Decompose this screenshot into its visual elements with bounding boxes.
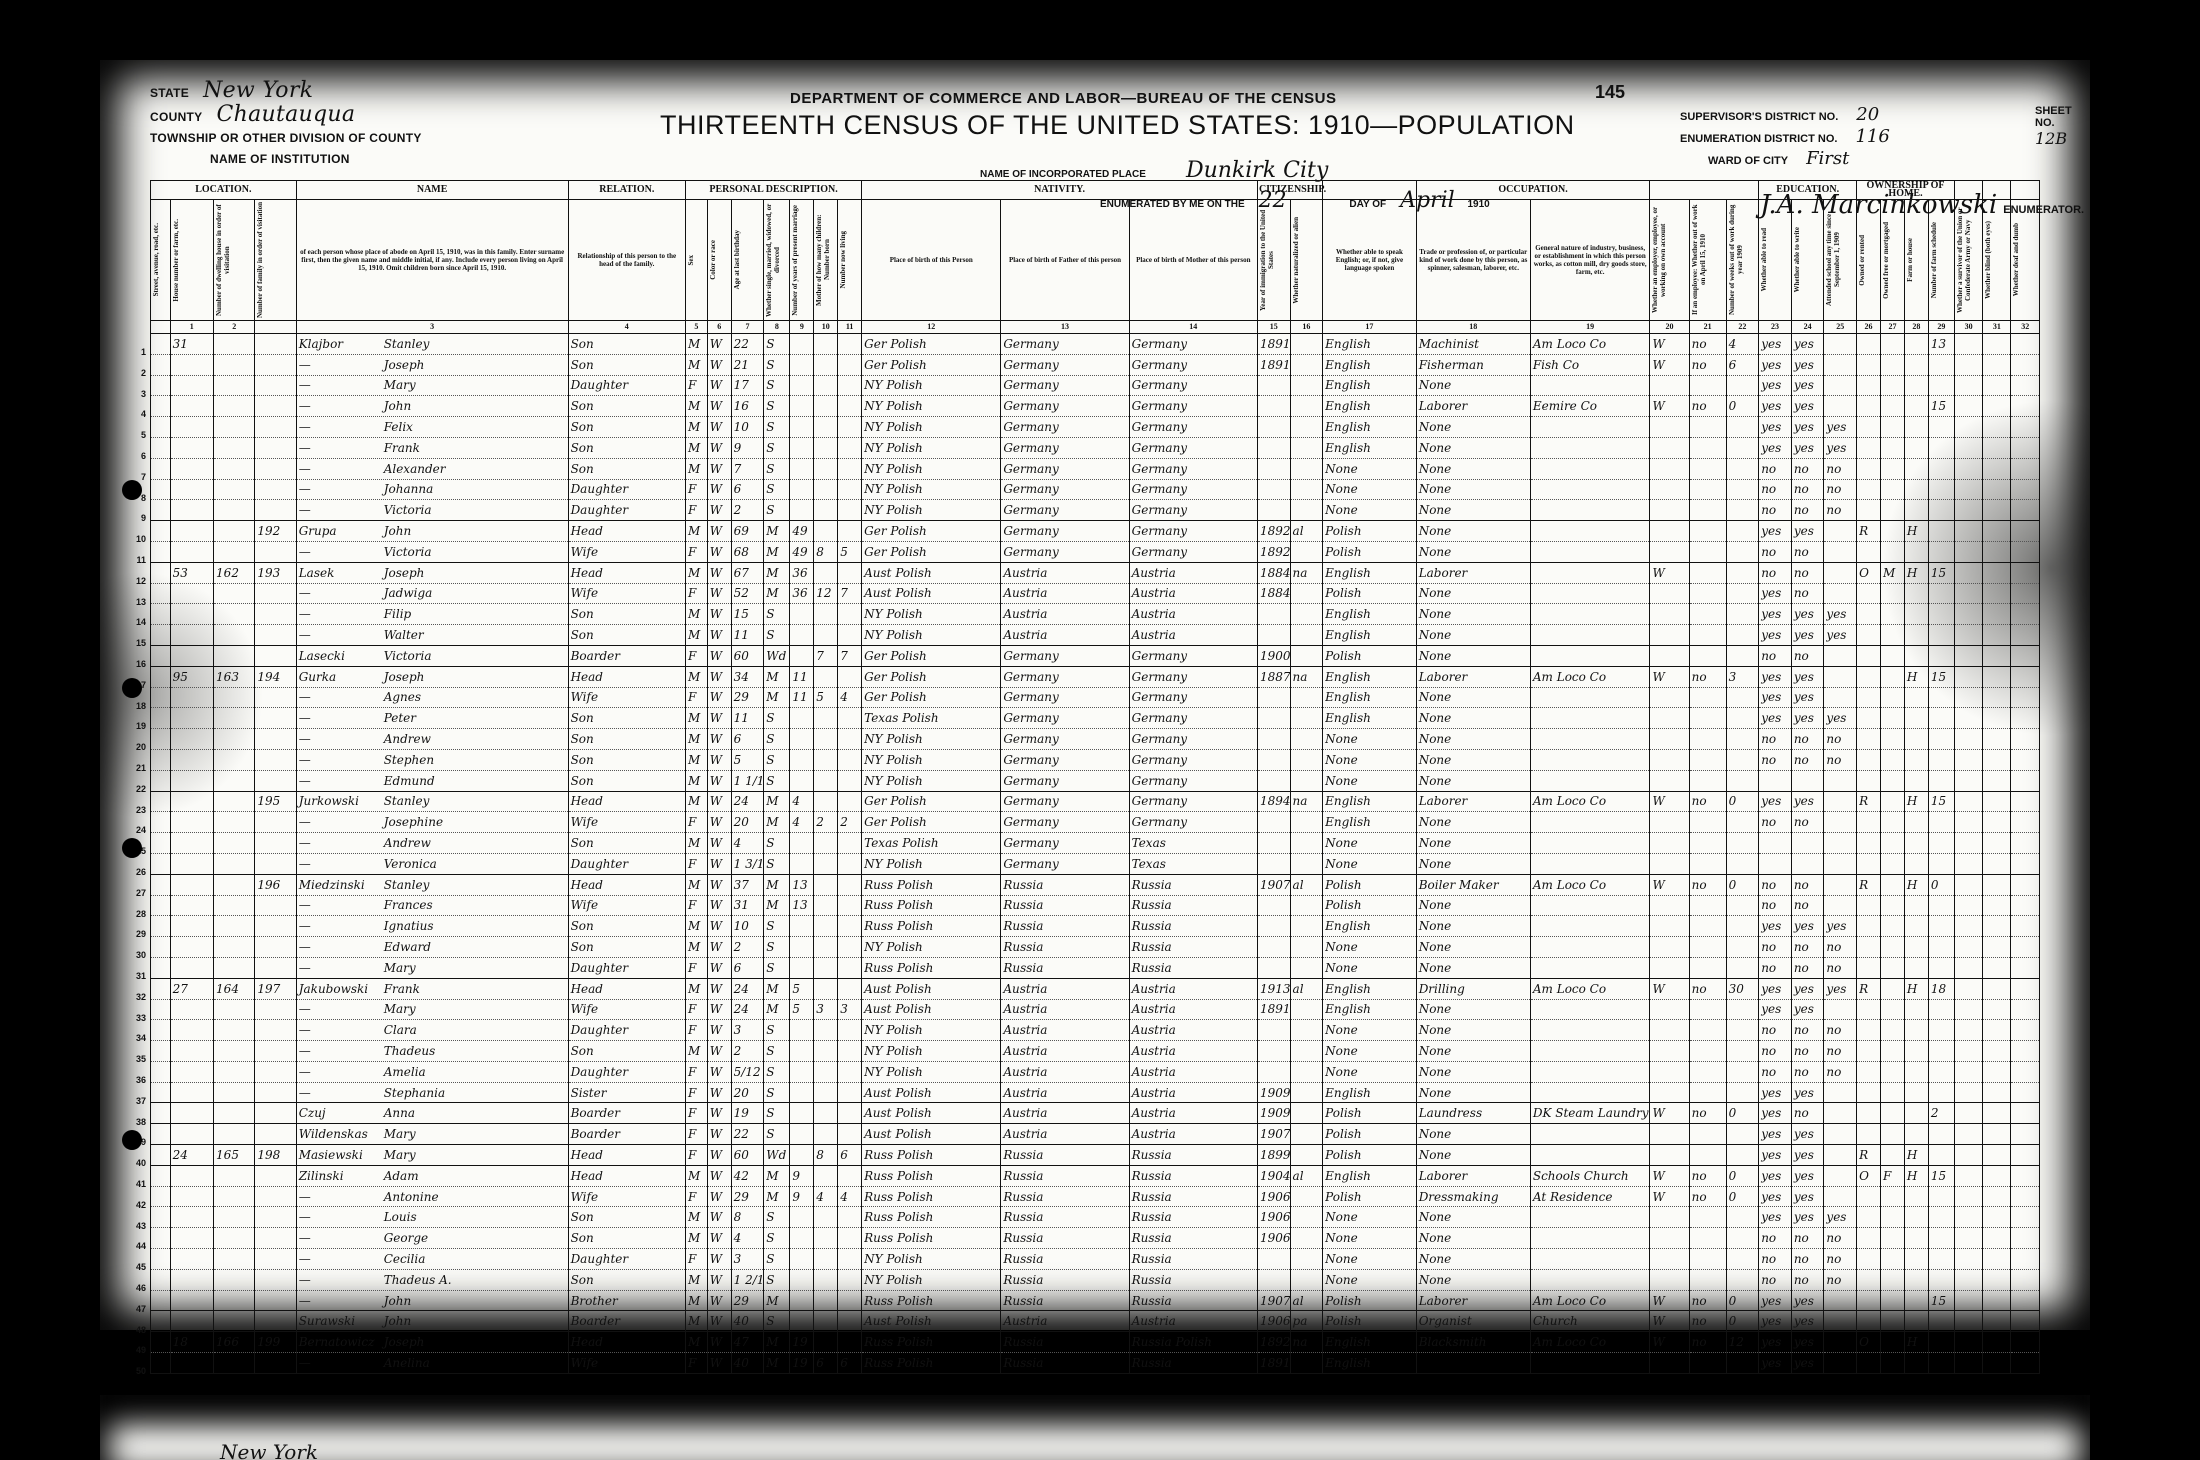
cell-living: 5	[838, 541, 862, 562]
cell-birth: Russ Polish	[862, 957, 1001, 978]
cell-years-married	[790, 437, 814, 458]
cell-mother-birth: Germany	[1129, 375, 1257, 396]
cell-street	[151, 500, 171, 521]
cell-language: English	[1323, 437, 1417, 458]
group-personal-description: PERSONAL DESCRIPTION.	[686, 181, 862, 200]
cell-trade: None	[1416, 1020, 1530, 1041]
cell-sched	[1928, 1082, 1954, 1103]
cell-house	[170, 708, 213, 729]
cell-empty	[2011, 479, 2040, 500]
cell-living	[838, 562, 862, 583]
cell-immig	[1257, 604, 1290, 625]
cell-out-work	[1689, 937, 1726, 958]
cell-empty	[1983, 999, 2011, 1020]
cell-race: W	[707, 1124, 731, 1145]
cell-empty	[2011, 916, 2040, 937]
cell-empty	[1983, 770, 2011, 791]
cell-relation: Head	[568, 562, 685, 583]
cell-write: no	[1791, 749, 1824, 770]
cell-birth: NY Polish	[862, 396, 1001, 417]
cell-dwelling	[214, 895, 255, 916]
cell-immig	[1257, 1041, 1290, 1062]
cell-relation: Son	[568, 437, 685, 458]
cell-free	[1881, 1041, 1905, 1062]
cell-marital: S	[764, 417, 790, 438]
cell-nat	[1290, 1353, 1323, 1374]
cell-years-married: 11	[790, 666, 814, 687]
cell-immig	[1257, 687, 1290, 708]
cell-weeks	[1726, 812, 1759, 833]
cell-birth: NY Polish	[862, 625, 1001, 646]
cell-immig: 1884	[1257, 562, 1290, 583]
cell-born: 12	[814, 583, 838, 604]
cell-own	[1857, 1228, 1881, 1249]
cell-farm: H	[1904, 1145, 1928, 1166]
cell-marital: M	[764, 583, 790, 604]
given-name: Andrew	[384, 836, 431, 850]
cell-read: no	[1759, 1061, 1792, 1082]
cell-language: None	[1323, 833, 1417, 854]
cell-birth: Ger Polish	[862, 354, 1001, 375]
cell-family	[255, 1041, 296, 1062]
cell-farm: H	[1904, 1165, 1928, 1186]
cell-name: —Filip	[296, 604, 568, 625]
cell-emp: W	[1650, 666, 1689, 687]
cell-language: None	[1323, 749, 1417, 770]
cell-free	[1881, 978, 1905, 999]
cell-empty	[1954, 521, 1982, 542]
cell-language: English	[1323, 708, 1417, 729]
cell-free	[1881, 957, 1905, 978]
cell-empty	[1954, 417, 1982, 438]
cell-marital: S	[764, 458, 790, 479]
cell-mother-birth: Germany	[1129, 812, 1257, 833]
cell-relation: Daughter	[568, 957, 685, 978]
cell-marital: S	[764, 770, 790, 791]
group-ownership: OWNERSHIP OF HOME.	[1857, 181, 1955, 200]
cell-out-work	[1689, 645, 1726, 666]
table-row: —JohnSonMW16SNY PolishGermanyGermanyEngl…	[151, 396, 2040, 417]
cell-emp	[1650, 729, 1689, 750]
cell-relation: Daughter	[568, 1020, 685, 1041]
cell-years-married: 4	[790, 791, 814, 812]
cell-years-married: 9	[790, 1165, 814, 1186]
col-school: Attended school any time since September…	[1824, 200, 1857, 321]
line-number: 43	[100, 1221, 146, 1231]
census-rows: 31KlajborStanleySonMW22SGer PolishGerman…	[151, 334, 2040, 1374]
surname: Surawski	[299, 1314, 384, 1328]
cell-dwelling	[214, 1082, 255, 1103]
cell-age: 20	[731, 812, 764, 833]
cell-mother-birth: Russia	[1129, 937, 1257, 958]
cell-out-work	[1689, 1207, 1726, 1228]
cell-years-married	[790, 853, 814, 874]
cell-mother-birth: Germany	[1129, 500, 1257, 521]
cell-living: 2	[838, 812, 862, 833]
cell-trade: None	[1416, 1082, 1530, 1103]
cell-industry: Am Loco Co	[1530, 1290, 1650, 1311]
cell-read: yes	[1759, 666, 1792, 687]
cell-weeks	[1726, 625, 1759, 646]
cell-dwelling	[214, 396, 255, 417]
cell-emp	[1650, 583, 1689, 604]
cell-mother-birth: Germany	[1129, 666, 1257, 687]
cell-free	[1881, 1353, 1905, 1374]
cell-empty	[2011, 895, 2040, 916]
cell-write: yes	[1791, 791, 1824, 812]
cell-age: 5/12	[731, 1061, 764, 1082]
cell-nat	[1290, 1041, 1323, 1062]
cell-empty	[1954, 1353, 1982, 1374]
cell-dwelling	[214, 1311, 255, 1332]
cell-father-birth: Russia	[1001, 895, 1129, 916]
cell-language: English	[1323, 375, 1417, 396]
cell-living	[838, 1082, 862, 1103]
cell-nat	[1290, 1020, 1323, 1041]
cell-marital: S	[764, 479, 790, 500]
cell-relation: Head	[568, 521, 685, 542]
cell-living	[838, 853, 862, 874]
cell-family	[255, 354, 296, 375]
cell-sched	[1928, 1353, 1954, 1374]
cell-dwelling	[214, 375, 255, 396]
cell-emp	[1650, 1041, 1689, 1062]
cell-read	[1759, 853, 1792, 874]
cell-write	[1791, 853, 1824, 874]
cell-birth: Russ Polish	[862, 1186, 1001, 1207]
cell-family	[255, 1207, 296, 1228]
cell-born	[814, 833, 838, 854]
cell-weeks	[1726, 729, 1759, 750]
cell-age: 40	[731, 1311, 764, 1332]
cell-farm	[1904, 479, 1928, 500]
cell-weeks	[1726, 770, 1759, 791]
cell-marital: S	[764, 833, 790, 854]
cell-house	[170, 583, 213, 604]
cell-language: Polish	[1323, 1145, 1417, 1166]
cell-empty	[2011, 645, 2040, 666]
cell-write: yes	[1791, 417, 1824, 438]
cell-write: yes	[1791, 521, 1824, 542]
cell-living	[838, 1041, 862, 1062]
surname: Czuj	[299, 1106, 384, 1120]
cell-birth: NY Polish	[862, 417, 1001, 438]
cell-relation: Son	[568, 354, 685, 375]
cell-relation: Son	[568, 937, 685, 958]
line-number: 7	[100, 472, 146, 482]
cell-marital: S	[764, 853, 790, 874]
cell-name: —Louis	[296, 1207, 568, 1228]
table-row: SurawskiJohnBoarderMW40SAust PolishAustr…	[151, 1311, 2040, 1332]
cell-years-married	[790, 1228, 814, 1249]
census-sheet: STATENew York COUNTYChautauqua TOWNSHIP …	[100, 60, 2090, 1330]
cell-empty	[1983, 541, 2011, 562]
cell-race: W	[707, 583, 731, 604]
cell-name: —Andrew	[296, 833, 568, 854]
surname: —	[299, 1356, 384, 1370]
cell-industry	[1530, 1020, 1650, 1041]
cell-trade: Drilling	[1416, 978, 1530, 999]
cell-sched: 15	[1928, 1290, 1954, 1311]
supervisor-value: 20	[1856, 104, 1879, 125]
cell-language: English	[1323, 562, 1417, 583]
cell-immig	[1257, 708, 1290, 729]
cell-marital: M	[764, 1332, 790, 1353]
cell-living	[838, 1103, 862, 1124]
cell-read: yes	[1759, 1311, 1792, 1332]
cell-mother-birth: Russia	[1129, 1186, 1257, 1207]
cell-weeks	[1726, 1145, 1759, 1166]
cell-house	[170, 957, 213, 978]
cell-sched	[1928, 521, 1954, 542]
cell-write	[1791, 770, 1824, 791]
cell-street	[151, 833, 171, 854]
cell-family	[255, 1311, 296, 1332]
cell-weeks: 12	[1726, 1332, 1759, 1353]
line-number: 36	[100, 1075, 146, 1085]
cell-birth: NY Polish	[862, 1041, 1001, 1062]
cell-nat	[1290, 937, 1323, 958]
cell-trade: Laborer	[1416, 666, 1530, 687]
township-label: TOWNSHIP OR OTHER DIVISION OF COUNTY	[150, 128, 422, 149]
cell-school: no	[1824, 479, 1857, 500]
cell-out-work: no	[1689, 1311, 1726, 1332]
cell-out-work: no	[1689, 791, 1726, 812]
cell-sex: F	[686, 1020, 708, 1041]
cell-write: no	[1791, 583, 1824, 604]
cell-language: None	[1323, 500, 1417, 521]
cell-street	[151, 562, 171, 583]
col-children-living: Number now living	[838, 200, 862, 321]
cell-read: no	[1759, 1269, 1792, 1290]
cell-sched: 2	[1928, 1103, 1954, 1124]
cell-born	[814, 375, 838, 396]
surname: —	[299, 1065, 384, 1079]
cell-years-married	[790, 1124, 814, 1145]
cell-father-birth: Austria	[1001, 625, 1129, 646]
cell-industry	[1530, 916, 1650, 937]
cell-emp: W	[1650, 791, 1689, 812]
cell-years-married: 36	[790, 583, 814, 604]
cell-living	[838, 479, 862, 500]
cell-marital: S	[764, 1269, 790, 1290]
cell-trade: None	[1416, 1249, 1530, 1270]
cell-empty	[1954, 833, 1982, 854]
surname: Klajbor	[299, 337, 384, 351]
cell-sex: F	[686, 1145, 708, 1166]
cell-farm	[1904, 999, 1928, 1020]
line-number: 50	[100, 1366, 146, 1376]
given-name: Amelia	[384, 1065, 426, 1079]
cell-read	[1759, 833, 1792, 854]
col-children-born: Mother of how many children: Number born	[814, 200, 838, 321]
col-survivor: Whether a survivor of the Union or Confe…	[1954, 200, 1982, 321]
cell-street	[151, 916, 171, 937]
cell-name: —Edward	[296, 937, 568, 958]
cell-born	[814, 895, 838, 916]
cell-father-birth: Germany	[1001, 770, 1129, 791]
cell-family: 196	[255, 874, 296, 895]
cell-immig: 1900	[1257, 645, 1290, 666]
cell-immig: 1907	[1257, 1124, 1290, 1145]
binder-hole	[122, 678, 142, 698]
cell-empty	[1983, 791, 2011, 812]
cell-mother-birth: Germany	[1129, 437, 1257, 458]
cell-relation: Son	[568, 334, 685, 355]
cell-dwelling	[214, 1228, 255, 1249]
cell-living: 4	[838, 1186, 862, 1207]
cell-house	[170, 437, 213, 458]
column-number: 22	[1726, 321, 1759, 334]
cell-race: W	[707, 479, 731, 500]
cell-nat: na	[1290, 562, 1323, 583]
cell-years-married	[790, 396, 814, 417]
cell-industry: Eemire Co	[1530, 396, 1650, 417]
cell-age: 5	[731, 749, 764, 770]
cell-emp	[1650, 437, 1689, 458]
cell-out-work	[1689, 957, 1726, 978]
cell-own	[1857, 354, 1881, 375]
cell-weeks: 0	[1726, 874, 1759, 895]
cell-age: 67	[731, 562, 764, 583]
cell-out-work	[1689, 833, 1726, 854]
cell-write: yes	[1791, 396, 1824, 417]
cell-sched	[1928, 812, 1954, 833]
cell-empty	[2011, 334, 2040, 355]
cell-mother-birth: Russia	[1129, 874, 1257, 895]
given-name: Stanley	[384, 337, 430, 351]
cell-mother-birth: Austria	[1129, 1124, 1257, 1145]
cell-sex: M	[686, 1228, 708, 1249]
cell-free	[1881, 1228, 1905, 1249]
cell-street	[151, 458, 171, 479]
cell-own: O	[1857, 1332, 1881, 1353]
cell-trade: None	[1416, 1124, 1530, 1145]
cell-nat	[1290, 729, 1323, 750]
cell-language: None	[1323, 770, 1417, 791]
surname: —	[299, 1231, 384, 1245]
cell-school	[1824, 812, 1857, 833]
table-row: —CeciliaDaughterFW3SNY PolishRussiaRussi…	[151, 1249, 2040, 1270]
cell-name: —Antonine	[296, 1186, 568, 1207]
cell-mother-birth: Germany	[1129, 521, 1257, 542]
line-number: 9	[100, 513, 146, 523]
cell-living	[838, 937, 862, 958]
cell-house	[170, 521, 213, 542]
surname: Jakubowski	[299, 982, 384, 996]
cell-out-work	[1689, 1353, 1726, 1374]
cell-father-birth: Germany	[1001, 833, 1129, 854]
line-number: 38	[100, 1117, 146, 1127]
table-row: ZilinskiAdamHeadMW42M9Russ PolishRussiaR…	[151, 1165, 2040, 1186]
line-number: 28	[100, 909, 146, 919]
cell-born	[814, 708, 838, 729]
cell-father-birth: Austria	[1001, 1041, 1129, 1062]
cell-own	[1857, 916, 1881, 937]
cell-immig	[1257, 770, 1290, 791]
cell-empty	[1954, 354, 1982, 375]
cell-empty	[1954, 874, 1982, 895]
cell-living	[838, 437, 862, 458]
cell-born	[814, 1332, 838, 1353]
cell-name: —Clara	[296, 1020, 568, 1041]
cell-read: no	[1759, 1041, 1792, 1062]
column-number	[255, 321, 296, 334]
sheet-value: 12B	[2035, 129, 2090, 148]
cell-age: 4	[731, 1228, 764, 1249]
cell-trade: None	[1416, 853, 1530, 874]
cell-weeks: 0	[1726, 1186, 1759, 1207]
cell-free	[1881, 479, 1905, 500]
cell-name: —Agnes	[296, 687, 568, 708]
cell-street	[151, 479, 171, 500]
cell-sched	[1928, 354, 1954, 375]
cell-industry	[1530, 604, 1650, 625]
cell-race: W	[707, 1228, 731, 1249]
cell-own	[1857, 812, 1881, 833]
cell-relation: Head	[568, 1165, 685, 1186]
cell-own	[1857, 437, 1881, 458]
cell-race: W	[707, 999, 731, 1020]
cell-immig: 1906	[1257, 1311, 1290, 1332]
given-name: Mary	[384, 1002, 416, 1016]
cell-weeks	[1726, 833, 1759, 854]
column-number: 30	[1954, 321, 1982, 334]
cell-free	[1881, 1311, 1905, 1332]
cell-house: 18	[170, 1332, 213, 1353]
given-name: Victoria	[384, 649, 432, 663]
cell-read: yes	[1759, 791, 1792, 812]
cell-sex: M	[686, 978, 708, 999]
stamped-page-number: 145	[1595, 82, 1625, 103]
cell-living	[838, 770, 862, 791]
cell-born	[814, 1207, 838, 1228]
cell-sex: F	[686, 812, 708, 833]
cell-dwelling	[214, 1353, 255, 1374]
cell-immig	[1257, 375, 1290, 396]
cell-school: yes	[1824, 916, 1857, 937]
cell-family	[255, 1269, 296, 1290]
cell-marital: M	[764, 812, 790, 833]
cell-living	[838, 1124, 862, 1145]
cell-age: 31	[731, 895, 764, 916]
col-mother-birthplace: Place of birth of Mother of this person	[1129, 200, 1257, 321]
cell-industry	[1530, 1145, 1650, 1166]
cell-farm	[1904, 1353, 1928, 1374]
cell-street	[151, 1082, 171, 1103]
cell-house	[170, 604, 213, 625]
cell-empty	[2011, 1145, 2040, 1166]
county-value: Chautauqua	[216, 102, 355, 127]
cell-free	[1881, 1269, 1905, 1290]
cell-school	[1824, 645, 1857, 666]
given-name: Cecilia	[384, 1252, 426, 1266]
cell-language: Polish	[1323, 541, 1417, 562]
cell-born	[814, 1103, 838, 1124]
cell-write: yes	[1791, 1186, 1824, 1207]
cell-out-work: no	[1689, 874, 1726, 895]
cell-sex: M	[686, 625, 708, 646]
cell-age: 1 1/12	[731, 770, 764, 791]
line-number: 24	[100, 825, 146, 835]
census-table: LOCATION. NAME RELATION. PERSONAL DESCRI…	[150, 180, 2040, 1374]
cell-family	[255, 583, 296, 604]
cell-out-work	[1689, 999, 1726, 1020]
cell-sex: M	[686, 437, 708, 458]
cell-relation: Wife	[568, 687, 685, 708]
cell-birth: Ger Polish	[862, 645, 1001, 666]
cell-age: 37	[731, 874, 764, 895]
